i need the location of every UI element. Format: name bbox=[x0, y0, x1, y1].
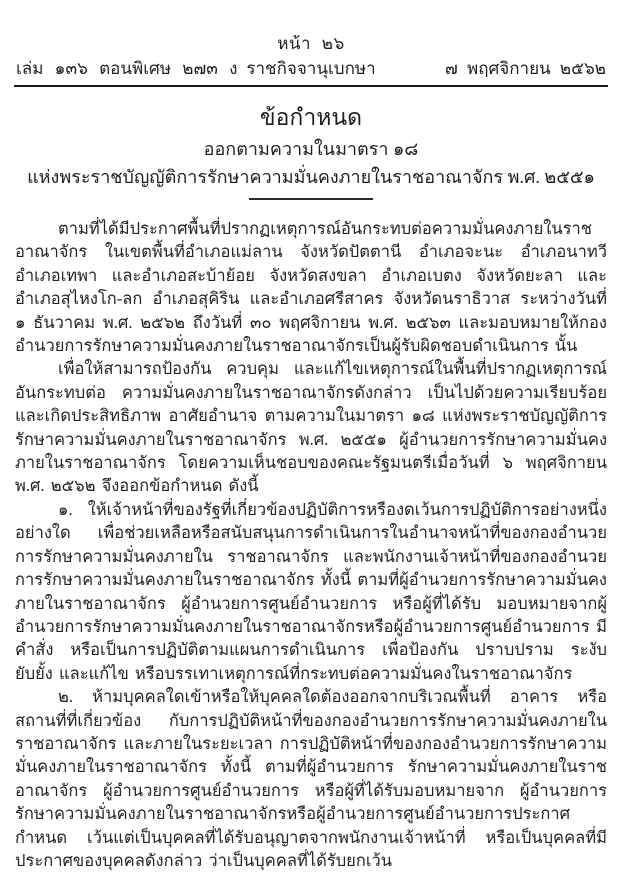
title-subline-section: ออกตามความในมาตรา ๑๘ bbox=[0, 135, 622, 163]
gazette-page: หน้า ๒๖ เล่ม ๑๓๖ ตอนพิเศษ ๒๗๓ ง ราชกิจจา… bbox=[0, 0, 622, 889]
paragraph-clause-2: ๒. ห้ามบุคคลใดเข้าหรือให้บุคคลใดต้องออกจ… bbox=[15, 685, 607, 872]
title-subline-act: แห่งพระราชบัญญัติการรักษาความมั่นคงภายใน… bbox=[0, 163, 622, 191]
page-header: หน้า ๒๖ เล่ม ๑๓๖ ตอนพิเศษ ๒๗๓ ง ราชกิจจา… bbox=[0, 0, 622, 87]
volume-issue-label: เล่ม ๑๓๖ ตอนพิเศษ ๒๗๓ ง bbox=[16, 58, 237, 80]
paragraph-clause-1: ๑. ให้เจ้าหน้าที่ของรัฐที่เกี่ยวข้องปฏิบ… bbox=[15, 498, 607, 685]
issue-date-label: ๗ พฤศจิกายน ๒๕๖๒ bbox=[445, 58, 606, 80]
header-rule-divider bbox=[14, 85, 608, 87]
paragraph-preamble-authority: เพื่อให้สามารถป้องกัน ควบคุม และแก้ไขเหต… bbox=[15, 357, 607, 497]
title-block: ข้อกำหนด ออกตามความในมาตรา ๑๘ แห่งพระราช… bbox=[0, 101, 622, 200]
header-info-row: เล่ม ๑๓๖ ตอนพิเศษ ๒๗๓ ง ราชกิจจานุเบกษา … bbox=[0, 54, 622, 80]
paragraph-preamble-proclamation: ตามที่ได้มีประกาศพื้นที่ปรากฏเหตุการณ์อั… bbox=[15, 217, 607, 357]
document-body: ตามที่ได้มีประกาศพื้นที่ปรากฏเหตุการณ์อั… bbox=[15, 217, 607, 872]
page-number-label: หน้า ๒๖ bbox=[0, 34, 622, 54]
document-title: ข้อกำหนด bbox=[0, 101, 622, 135]
title-divider-line bbox=[249, 198, 373, 200]
gazette-name-label: ราชกิจจานุเบกษา bbox=[246, 58, 375, 80]
